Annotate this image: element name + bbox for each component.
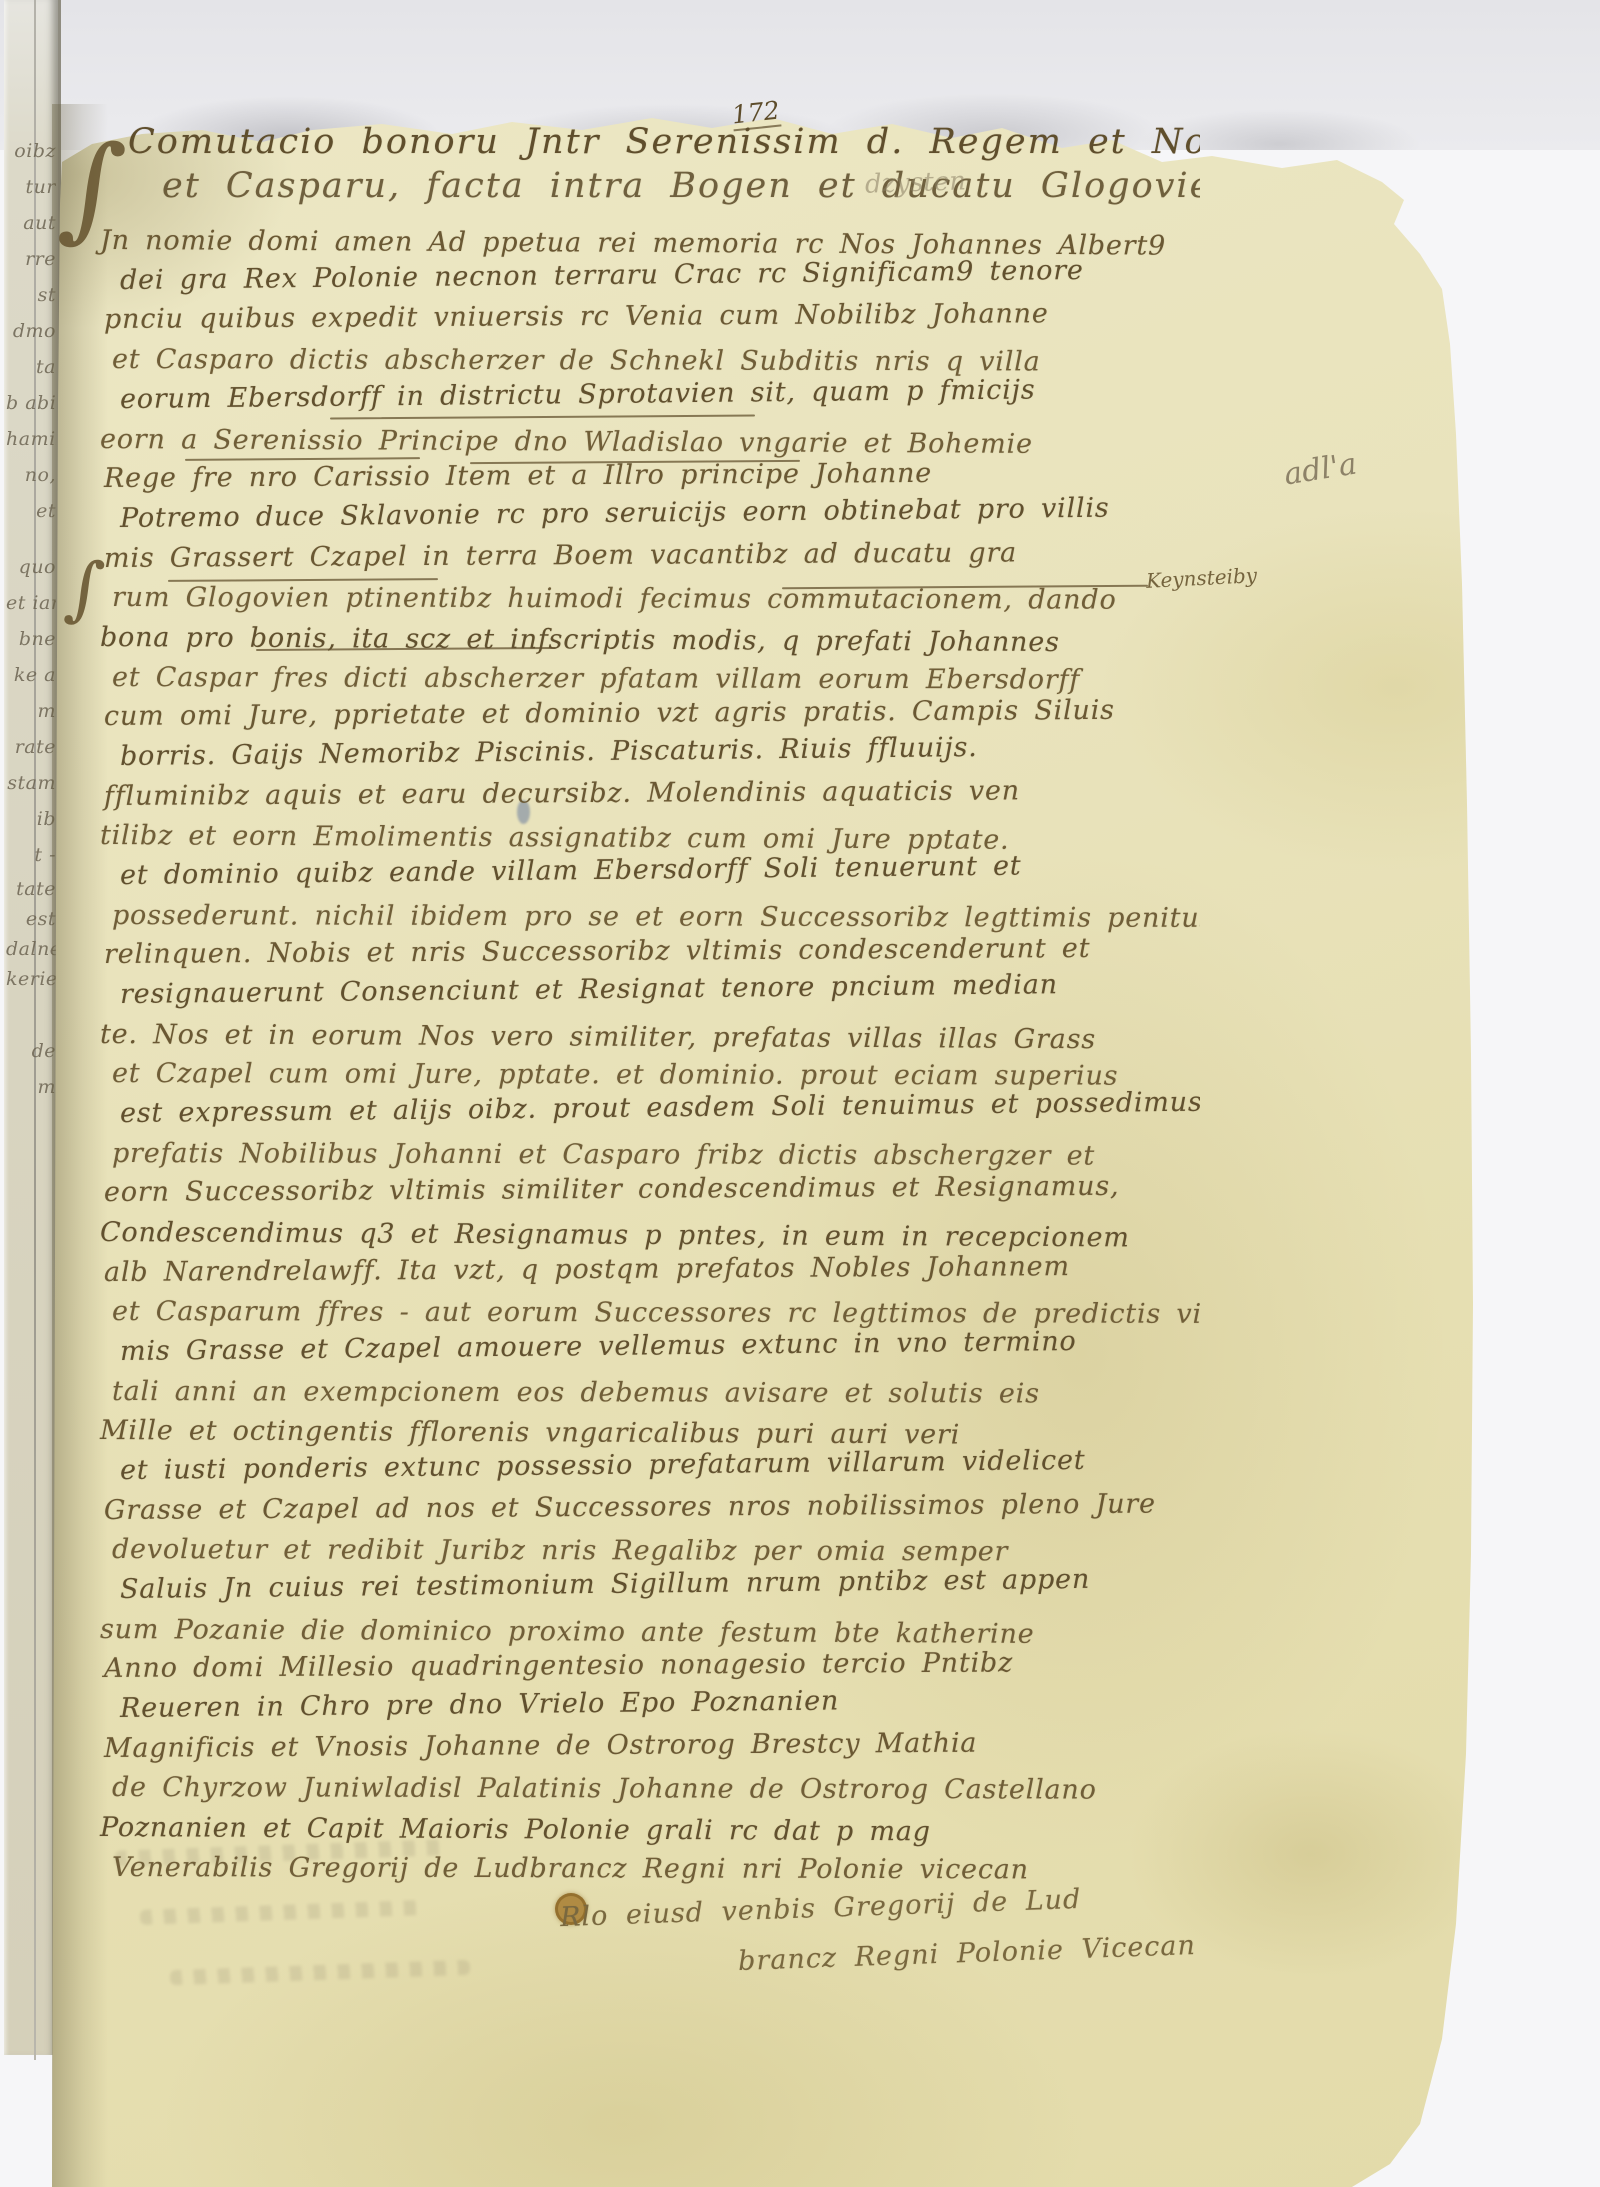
faded-annotation: dzysten — [865, 166, 967, 200]
manuscript-line: Grasse et Czapel ad nos et Successores n… — [104, 1489, 1156, 1526]
manuscript-line: Condescendimus q3 et Resignamus p pntes,… — [100, 1217, 1130, 1253]
manuscript-line: et dominio quibz eande villam Ebersdorff… — [120, 851, 1022, 891]
manuscript-line: et Casparo dictis abscherzer de Schnekl … — [112, 344, 1041, 377]
manuscript-line: Venerabilis Gregorij de Ludbrancz Regni … — [112, 1852, 1029, 1885]
manuscript-line: possederunt. nichil ibidem pro se et eor… — [112, 900, 1200, 934]
manuscript-line: borris. Gaijs Nemoribz Piscinis. Piscatu… — [120, 732, 978, 772]
manuscript-line: Potremo duce Sklavonie rc pro seruicijs … — [120, 493, 1110, 534]
edge-text-fragment: m — [6, 1076, 56, 1098]
edge-text-fragment: m — [6, 700, 56, 722]
manuscript-line: relinquen. Nobis et nris Successoribz vl… — [104, 933, 1090, 970]
edge-text-fragment: no, — [6, 464, 56, 486]
manuscript-line: et iusti ponderis extunc possessio prefa… — [120, 1445, 1086, 1486]
manuscript-line: et Caspar fres dicti abscherzer pfatam v… — [112, 662, 1080, 696]
manuscript-line: Magnificis et Vnosis Johanne de Ostrorog… — [104, 1728, 977, 1764]
manuscript-line: mis Grasse et Czapel amouere vellemus ex… — [120, 1326, 1077, 1367]
manuscript-line: eorn Successoribz vltimis similiter cond… — [104, 1171, 1119, 1208]
manuscript-line: cum omi Jure, pprietate et dominio vzt a… — [104, 695, 1115, 732]
manuscript-line: et Casparum ffres - aut eorum Successore… — [112, 1296, 1200, 1330]
manuscript-line: rum Glogovien ptinentibz huimodi fecimus… — [112, 582, 1117, 616]
manuscript-line: Saluis Jn cuius rei testimonium Sigillum… — [120, 1564, 1090, 1605]
manuscript-line: alb Narendrelawff. Ita vzt, q postqm pre… — [104, 1251, 1070, 1288]
edge-text-fragment: rre — [6, 248, 56, 270]
edge-text-fragment: t - — [6, 844, 56, 866]
edge-text-fragment: bne — [6, 628, 56, 650]
manuscript-line: mis Grassert Czapel in terra Boem vacant… — [104, 537, 1017, 574]
edge-text-fragment: kerie — [6, 968, 56, 990]
chancery-subscription-line-2: brancz Regni Polonie Vicecan — [738, 1930, 1197, 1977]
edge-text-fragment: ta — [6, 356, 56, 378]
edge-text-fragment: dalne — [6, 938, 56, 960]
edge-text-fragment: stam — [6, 772, 56, 794]
edge-text-fragment: dmo — [6, 320, 56, 342]
edge-text-fragment: rate — [6, 736, 56, 758]
heading-line-1: Comutacio bonoru Jntr Serenissim d. Rege… — [128, 122, 1200, 162]
manuscript-line: Reueren in Chro pre dno Vrielo Epo Pozna… — [120, 1685, 839, 1724]
manuscript-line: Anno domi Millesio quadringentesio nonag… — [104, 1647, 1013, 1684]
edge-text-fragment: tate — [6, 878, 56, 900]
edge-text-fragment: hamis — [6, 428, 56, 450]
edge-text-fragment: et — [6, 500, 56, 522]
manuscript-line: sum Pozanie die dominico proximo ante fe… — [100, 1614, 1035, 1650]
chancery-subscription-line-1: Rlo eiusd venbis Gregorij de Lud — [560, 1884, 1082, 1933]
scanned-manuscript-page: { "document": { "page_number": "172", "h… — [0, 0, 1600, 2187]
edge-text-fragment: b abis — [6, 392, 56, 414]
manuscript-line: te. Nos et in eorum Nos vero similiter, … — [100, 1019, 1096, 1055]
manuscript-line: pnciu quibus expedit vniuersis rc Venia … — [104, 298, 1049, 335]
manuscript-line: et Czapel cum omi Jure, pptate. et domin… — [112, 1058, 1118, 1092]
manuscript-text-block: 172 Comutacio bonoru Jntr Serenissim d. … — [90, 0, 1200, 2187]
manuscript-line: est expressum et alijs oibz. prout easde… — [120, 1087, 1200, 1129]
manuscript-line: resignauerunt Consenciunt et Resignat te… — [120, 969, 1058, 1010]
edge-text-fragment: ke a — [6, 664, 56, 686]
manuscript-line: eorn a Serenissio Principe dno Wladislao… — [100, 424, 1033, 460]
manuscript-line: tilibz et eorn Emolimentis assignatibz c… — [100, 820, 1010, 856]
edge-text-fragment: oibz — [6, 140, 56, 162]
edge-text-fragment: tur — [6, 176, 56, 198]
leaf-edge-line — [34, 0, 36, 2060]
manuscript-line: de Chyrzow Juniwladisl Palatinis Johanne… — [112, 1772, 1097, 1806]
edge-text-fragment: st — [6, 284, 56, 306]
manuscript-line: bona pro bonis, ita scz et infscriptis m… — [100, 622, 1060, 658]
edge-text-fragment: quo — [6, 556, 56, 578]
edge-text-fragment: et iam — [6, 592, 56, 614]
manuscript-line: Mille et octingentis fflorenis vngarical… — [100, 1415, 960, 1451]
edge-text-fragment: de — [6, 1040, 56, 1062]
manuscript-line: tali anni an exempcionem eos debemus avi… — [112, 1376, 1040, 1409]
manuscript-line: ffluminibz aquis et earu decursibz. Mole… — [104, 775, 1020, 812]
manuscript-line: prefatis Nobilibus Johanni et Casparo fr… — [112, 1138, 1095, 1172]
heading-line-2: et Casparu, facta intra Bogen et ducatu … — [162, 166, 1200, 206]
edge-text-fragment: est — [6, 908, 56, 930]
manuscript-line: devoluetur et redibit Juribz nris Regali… — [112, 1534, 1008, 1567]
manuscript-line: Rege fre nro Carissio Item et a Illro pr… — [104, 458, 932, 494]
manuscript-line: Poznanien et Capit Maioris Polonie grali… — [100, 1812, 931, 1847]
edge-text-fragment: ib — [6, 808, 56, 830]
manuscript-line: eorum Ebersdorff in districtu Sprotavien… — [120, 374, 1036, 415]
manuscript-line: dei gra Rex Polonie necnon terraru Crac … — [120, 255, 1084, 296]
edge-text-fragment: aut — [6, 212, 56, 234]
